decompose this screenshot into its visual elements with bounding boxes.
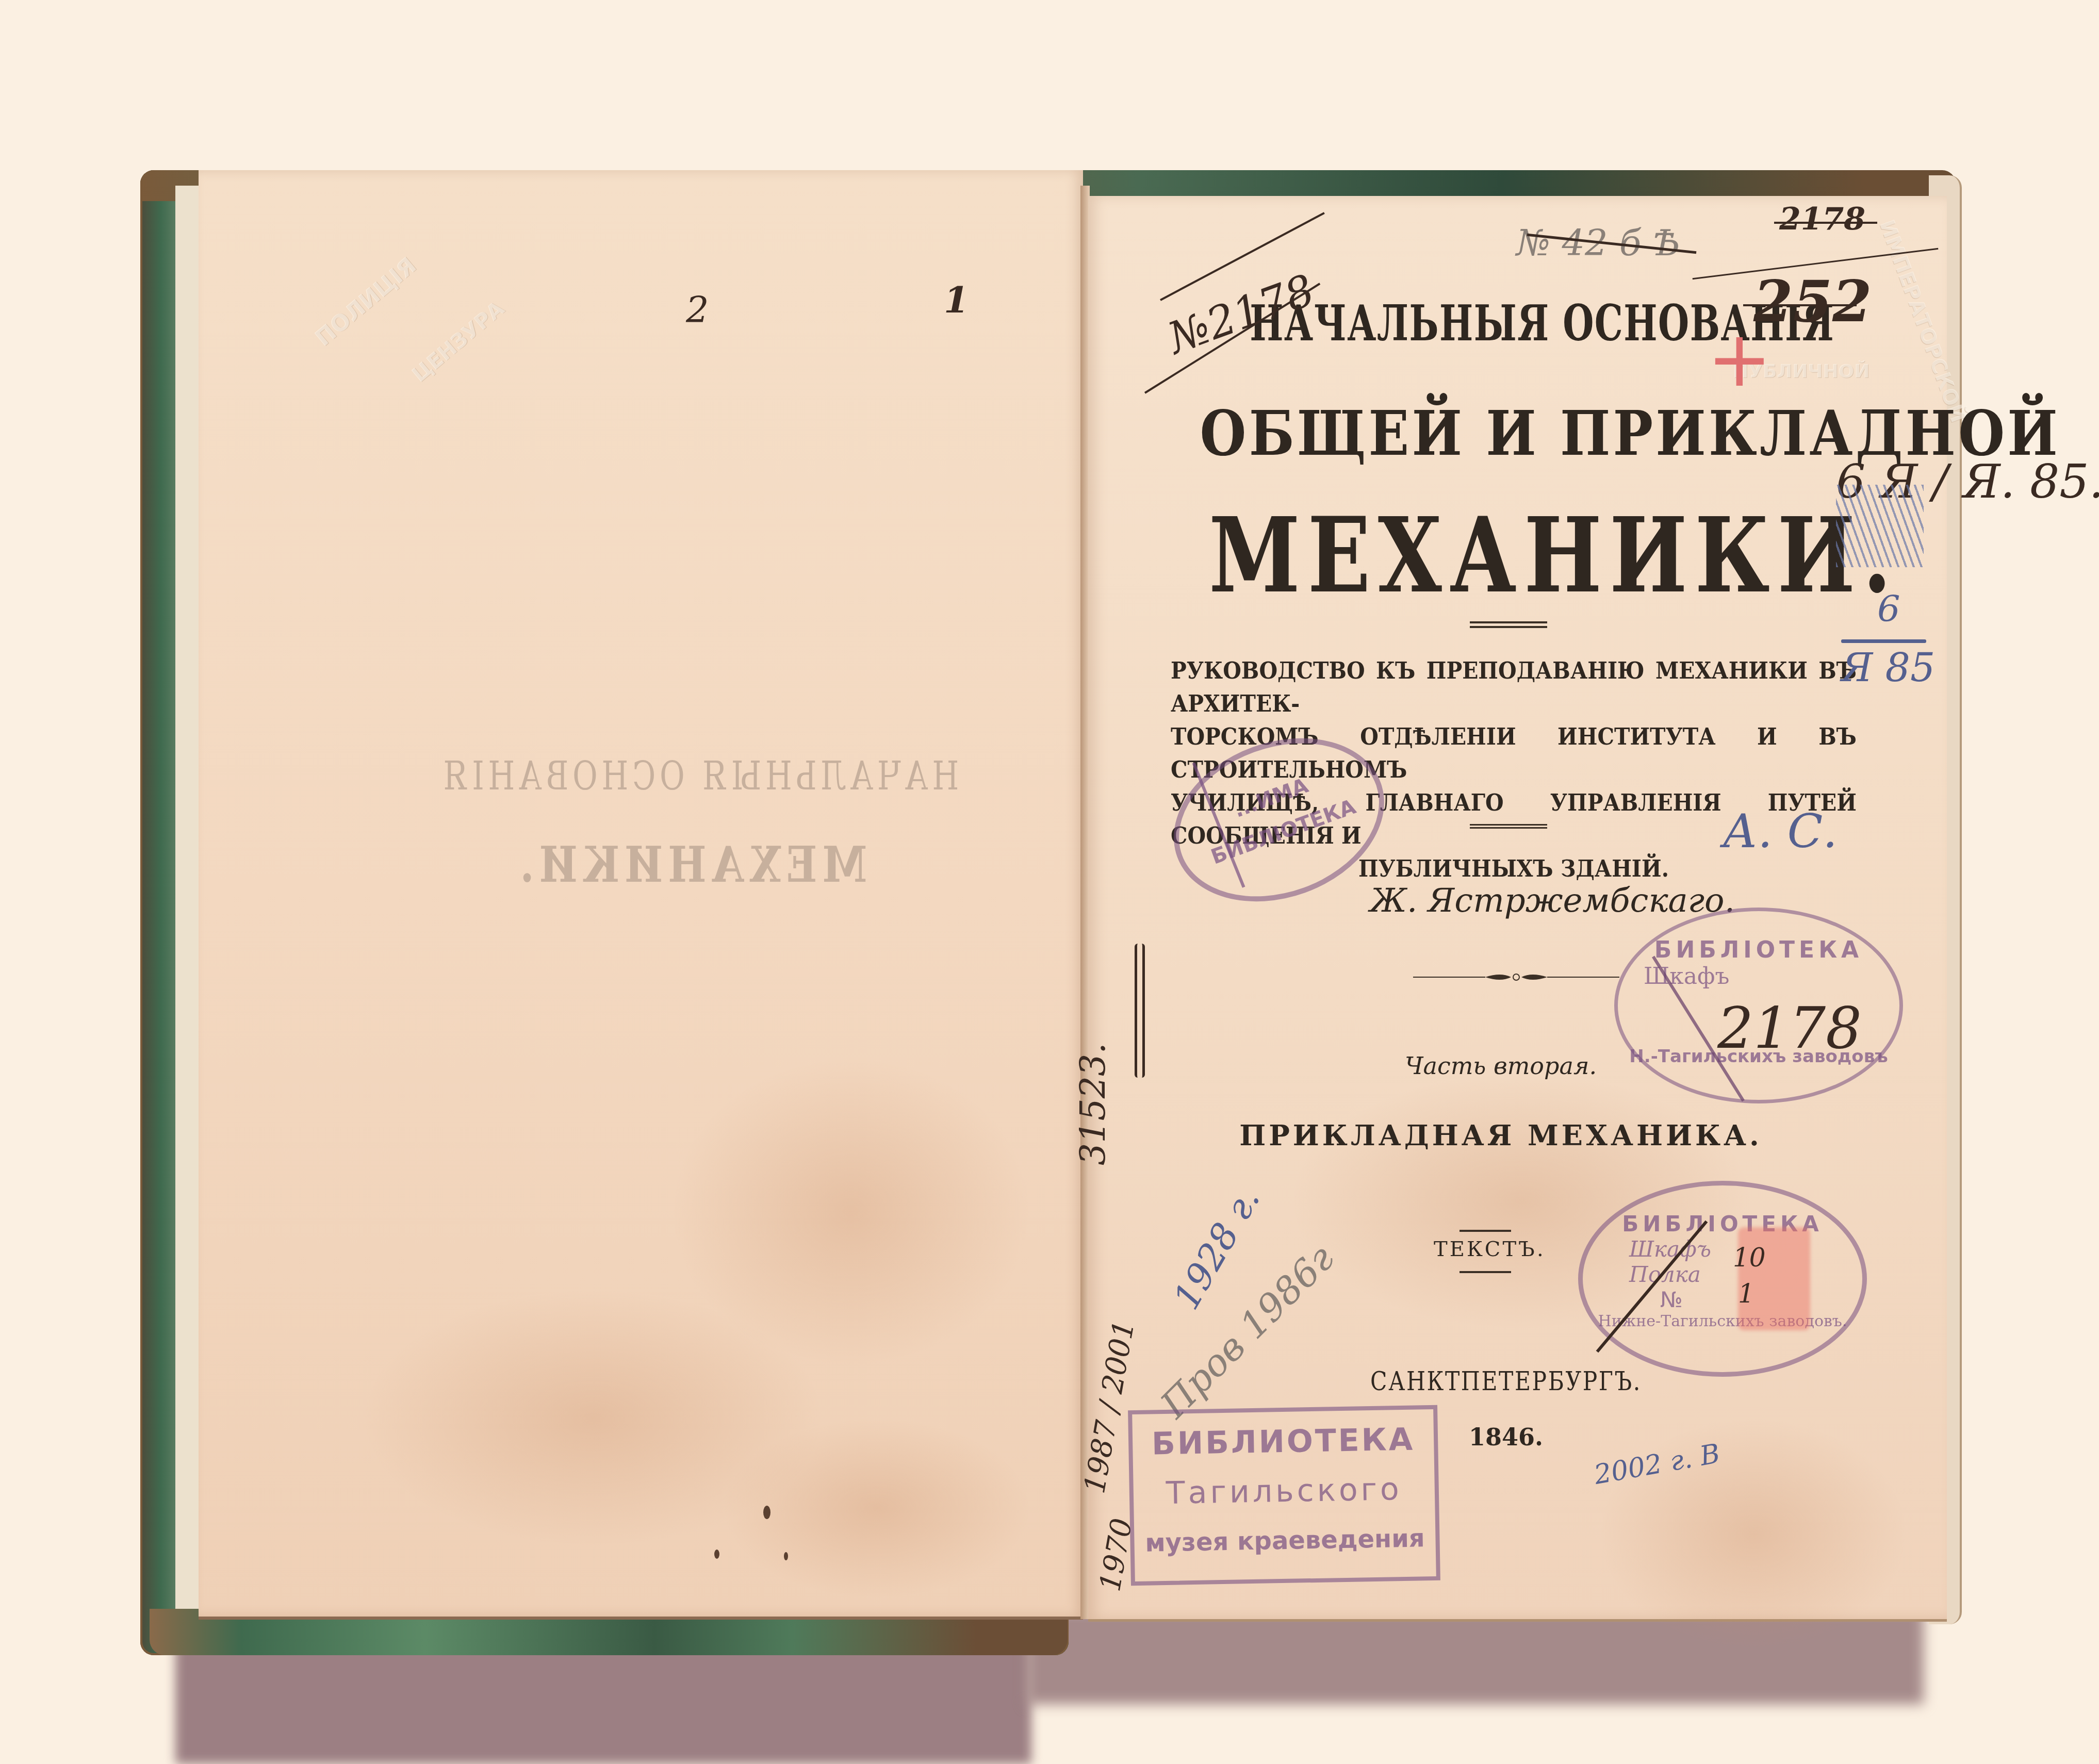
stamp-text: музея краеведения bbox=[1134, 1513, 1436, 1568]
left-page-mark: 2 bbox=[686, 289, 709, 331]
text-label: ТЕКСТЪ. bbox=[1434, 1238, 1537, 1261]
author-name: Ж. Ястржембскаго. bbox=[1351, 882, 1753, 920]
library-stamp-oval-lower: БИБЛІОТЕКА Шкафъ Полка № Нижне-Тагильски… bbox=[1578, 1181, 1867, 1377]
stamp-text: Нижне-Тагильскихъ заводовъ. bbox=[1583, 1312, 1862, 1330]
museum-library-stamp: БИБЛИОТЕКА Тагильского музея краеведения bbox=[1128, 1405, 1440, 1586]
struck-number: 2178 bbox=[1779, 201, 1865, 237]
book-shadow-left bbox=[175, 1640, 1031, 1764]
stamp-text: БИБЛІОТЕКА bbox=[1583, 1211, 1862, 1237]
strike-line bbox=[1743, 304, 1857, 306]
inventory-number: 31523. bbox=[1073, 1043, 1113, 1165]
double-rule bbox=[1470, 621, 1547, 628]
rule bbox=[1460, 1271, 1511, 1273]
double-rule bbox=[1470, 824, 1547, 829]
title-line-1: НАЧАЛЬНЫЯ ОСНОВАНІЯ bbox=[1250, 294, 1762, 352]
stamp-text: БИБЛІОТЕКА bbox=[1618, 937, 1899, 963]
stamp-shelf-number: 1 bbox=[1738, 1279, 1754, 1309]
fraction-bar bbox=[1841, 639, 1926, 643]
stamp-field-label: Полка bbox=[1583, 1262, 1862, 1287]
bleed-through-line2: МЕХАНИКИ. bbox=[505, 835, 877, 894]
subtitle-line: РУКОВОДСТВО КЪ ПРЕПОДАВАНІЮ МЕХАНИКИ ВЪ … bbox=[1171, 655, 1857, 721]
blue-hatching bbox=[1836, 485, 1924, 567]
bleed-through-line1: НАЧАЛЬНЫЯ ОСНОВАНІЯ bbox=[444, 753, 959, 799]
shelf-fraction-bottom: Я 85 bbox=[1841, 645, 1935, 690]
stamp-text: БИБЛИОТЕКА bbox=[1132, 1414, 1434, 1469]
publication-city: САНКТПЕТЕРБУРГЪ. bbox=[1348, 1366, 1664, 1396]
ink-spot bbox=[714, 1549, 719, 1559]
part-label: Часть вторая. bbox=[1403, 1052, 1599, 1080]
part-title: ПРИКЛАДНАЯ МЕХАНИКА. bbox=[1227, 1119, 1774, 1152]
ink-spot bbox=[784, 1552, 788, 1560]
stamp-field-label: № bbox=[1583, 1287, 1862, 1312]
publication-year: 1846. bbox=[1454, 1423, 1557, 1451]
strike-line bbox=[1774, 222, 1877, 224]
title-line-3: МЕХАНИКИ. bbox=[1209, 495, 1803, 616]
stamp-text: Тагильского bbox=[1133, 1464, 1435, 1519]
red-pencil-cross-icon: + bbox=[1707, 315, 1772, 404]
ink-spot bbox=[763, 1506, 770, 1519]
stamp-field-label: Шкафъ bbox=[1583, 1237, 1862, 1262]
pen-flourish bbox=[1135, 944, 1145, 1078]
ornament-divider-icon bbox=[1413, 972, 1619, 982]
rule bbox=[1460, 1230, 1511, 1232]
left-page-mark: 1 bbox=[944, 278, 969, 321]
shelf-fraction-top: 6 bbox=[1877, 588, 1900, 630]
stamp-shelf-number: 10 bbox=[1733, 1243, 1766, 1273]
handwritten-initials: А. С. bbox=[1723, 804, 1838, 859]
title-line-2: ОБЩЕЙ И ПРИКЛАДНОЙ bbox=[1200, 397, 1812, 470]
stamp-handwritten-number: 2178 bbox=[1717, 995, 1862, 1061]
